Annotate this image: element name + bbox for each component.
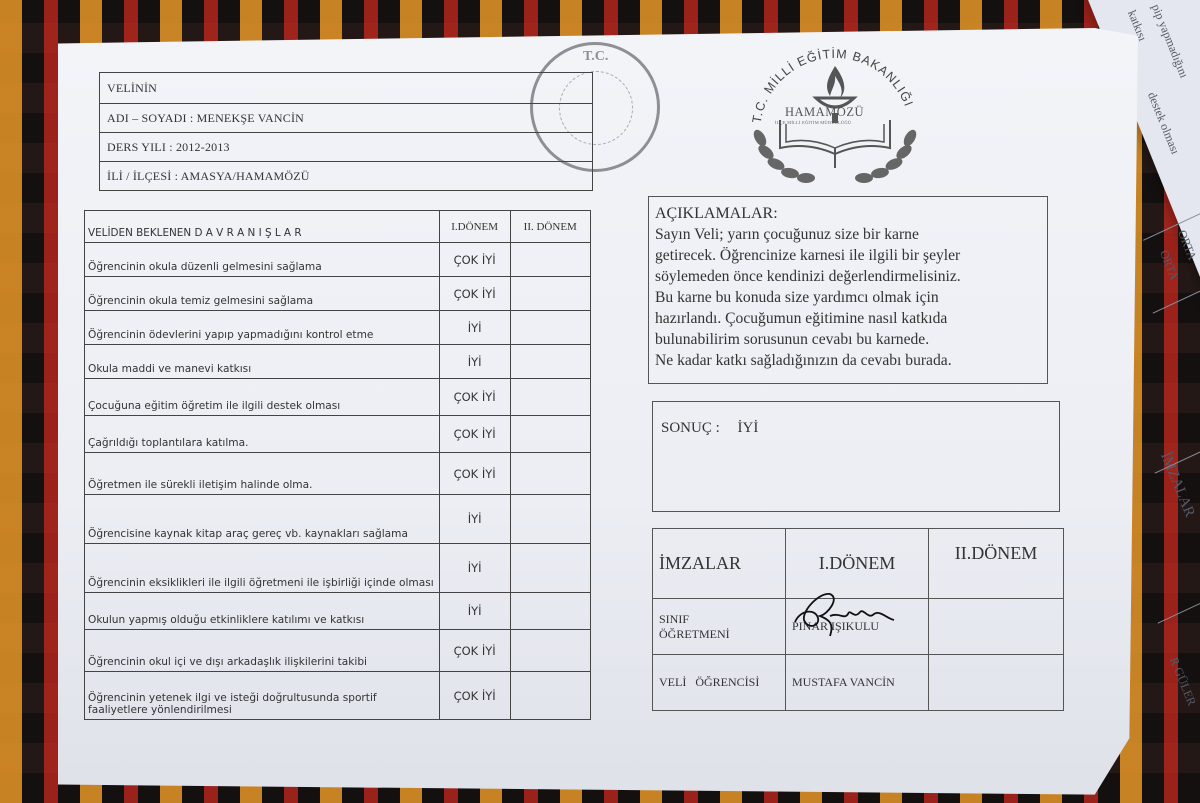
- teacher-term2: [929, 599, 1064, 655]
- term2-grade: [510, 416, 591, 453]
- signatures-header: İMZALAR: [653, 529, 786, 599]
- table-row: Öğrencinin okula düzenli gelmesini sağla…: [85, 243, 591, 277]
- behaviour-item: Öğrencinin ödevlerini yapıp yapmadığını …: [85, 311, 440, 345]
- explanation-line: söylemeden önce kendinizi değerlendirmel…: [655, 266, 1047, 287]
- signature-scribble-icon: [790, 590, 900, 640]
- term2-grade: [510, 544, 591, 593]
- expected-behaviours-table: VELİDEN BEKLENEN D A V R A N I Ş L A R I…: [84, 210, 591, 720]
- term1-grade: İYİ: [439, 495, 510, 544]
- behaviour-item: Öğrencinin yetenek ilgi ve isteği doğrul…: [85, 672, 440, 720]
- term1-grade: İYİ: [439, 544, 510, 593]
- parent-info-box: VELİNİN ADI – SOYADI : MENEKŞE VANCİN DE…: [99, 72, 593, 191]
- stamp-text: T.C.: [583, 49, 608, 65]
- behaviour-item: Okulun yapmış olduğu etkinliklere katılı…: [85, 593, 440, 630]
- info-name: ADI – SOYADI : MENEKŞE VANCİN: [100, 104, 592, 133]
- term2-grade: [510, 453, 591, 495]
- table-row: Öğrencinin yetenek ilgi ve isteği doğrul…: [85, 672, 591, 720]
- term1-grade: İYİ: [439, 593, 510, 630]
- parent-role: VELİ ÖĞRENCİSİ: [653, 655, 786, 711]
- term1-grade: ÇOK İYİ: [439, 416, 510, 453]
- header-term2: II. DÖNEM: [510, 211, 591, 243]
- parent-name: MUSTAFA VANCİN: [786, 655, 929, 711]
- term2-grade: [510, 495, 591, 544]
- behaviour-item: Öğrencinin okula temiz gelmesini sağlama: [85, 277, 440, 311]
- explanation-line: Ne kadar katkı sağladığınızın da cevabı …: [655, 350, 1047, 371]
- explanations-text: Sayın Veli; yarın çocuğunuz size bir kar…: [655, 224, 1047, 371]
- term2-grade: [510, 379, 591, 416]
- behaviour-item: Öğrencisine kaynak kitap araç gereç vb. …: [85, 495, 440, 544]
- behaviour-item: Okula maddi ve manevi katkısı: [85, 345, 440, 379]
- header-term1: I.DÖNEM: [439, 211, 510, 243]
- explanations-title: AÇIKLAMALAR:: [655, 203, 1047, 224]
- term1-grade: İYİ: [439, 311, 510, 345]
- term2-grade: [510, 277, 591, 311]
- term2-grade: [510, 243, 591, 277]
- term1-grade: ÇOK İYİ: [439, 243, 510, 277]
- term1-grade: ÇOK İYİ: [439, 630, 510, 672]
- teacher-role-line2: ÖĞRETMENİ: [659, 627, 779, 642]
- signatures-term2-header: II.DÖNEM: [929, 529, 1064, 599]
- term2-grade: [510, 630, 591, 672]
- behaviour-item: Öğrencinin okul içi ve dışı arkadaşlık i…: [85, 630, 440, 672]
- result-label: SONUÇ :: [661, 420, 720, 436]
- result-box: SONUÇ : İYİ: [652, 401, 1060, 512]
- term1-grade: ÇOK İYİ: [439, 453, 510, 495]
- table-header-row: VELİDEN BEKLENEN D A V R A N I Ş L A R I…: [85, 211, 591, 243]
- info-heading: VELİNİN: [100, 73, 592, 104]
- term1-grade: ÇOK İYİ: [439, 277, 510, 311]
- behaviour-item: Öğrencinin okula düzenli gelmesini sağla…: [85, 243, 440, 277]
- behaviour-item: Öğrencinin eksiklikleri ile ilgili öğret…: [85, 544, 440, 593]
- explanation-line: getirecek. Öğrencinize karnesi ile ilgil…: [655, 245, 1047, 266]
- teacher-role: SINIF ÖĞRETMENİ: [653, 599, 786, 655]
- logo-center-text: HAMAMÖZÜ: [785, 105, 864, 120]
- result-value: İYİ: [738, 420, 759, 436]
- logo-sub-text: İLÇE MİLLİ EĞİTİM MÜDÜRLÜĞÜ: [775, 120, 851, 125]
- explanation-line: bulunabilirim sorusunun cevabı bu karned…: [655, 329, 1047, 350]
- table-row: Öğrencinin okul içi ve dışı arkadaşlık i…: [85, 630, 591, 672]
- term2-grade: [510, 345, 591, 379]
- table-row: Öğretmen ile sürekli iletişim halinde ol…: [85, 453, 591, 495]
- info-year: DERS YILI : 2012-2013: [100, 133, 592, 162]
- table-row: Öğrencinin eksiklikleri ile ilgili öğret…: [85, 544, 591, 593]
- explanation-line: Sayın Veli; yarın çocuğunuz size bir kar…: [655, 224, 1047, 245]
- term2-grade: [510, 593, 591, 630]
- info-location: İLİ / İLÇESİ : AMASYA/HAMAMÖZÜ: [100, 162, 592, 190]
- term1-grade: ÇOK İYİ: [439, 672, 510, 720]
- term1-grade: İYİ: [439, 345, 510, 379]
- signatures-header-row: İMZALAR I.DÖNEM II.DÖNEM: [653, 529, 1064, 599]
- table-row: Çağrıldığı toplantılara katılma.ÇOK İYİ: [85, 416, 591, 453]
- table-row: Öğrencinin ödevlerini yapıp yapmadığını …: [85, 311, 591, 345]
- table-row: Öğrencisine kaynak kitap araç gereç vb. …: [85, 495, 591, 544]
- behaviour-item: Öğretmen ile sürekli iletişim halinde ol…: [85, 453, 440, 495]
- term1-grade: ÇOK İYİ: [439, 379, 510, 416]
- parent-term2: [929, 655, 1064, 711]
- ministry-logo: T.C. MİLLİ EĞİTİM BAKANLIĞI HAMAMÖZÜ İLÇ…: [740, 38, 930, 188]
- header-behaviours: VELİDEN BEKLENEN D A V R A N I Ş L A R: [85, 211, 440, 243]
- behaviour-item: Çağrıldığı toplantılara katılma.: [85, 416, 440, 453]
- table-row: Çocuğuna eğitim öğretim ile ilgili deste…: [85, 379, 591, 416]
- term2-grade: [510, 311, 591, 345]
- teacher-role-line1: SINIF: [659, 612, 779, 627]
- term2-grade: [510, 672, 591, 720]
- explanation-line: hazırlandı. Çocuğumun eğitimine nasıl ka…: [655, 308, 1047, 329]
- table-row: Okula maddi ve manevi katkısıİYİ: [85, 345, 591, 379]
- parent-signature-row: VELİ ÖĞRENCİSİ MUSTAFA VANCİN: [653, 655, 1064, 711]
- behaviour-item: Çocuğuna eğitim öğretim ile ilgili deste…: [85, 379, 440, 416]
- explanation-line: Bu karne bu konuda size yardımcı olmak i…: [655, 287, 1047, 308]
- table-row: Öğrencinin okula temiz gelmesini sağlama…: [85, 277, 591, 311]
- explanations-box: AÇIKLAMALAR: Sayın Veli; yarın çocuğunuz…: [648, 196, 1048, 384]
- table-row: Okulun yapmış olduğu etkinliklere katılı…: [85, 593, 591, 630]
- signatures-term1-header: I.DÖNEM: [786, 529, 929, 599]
